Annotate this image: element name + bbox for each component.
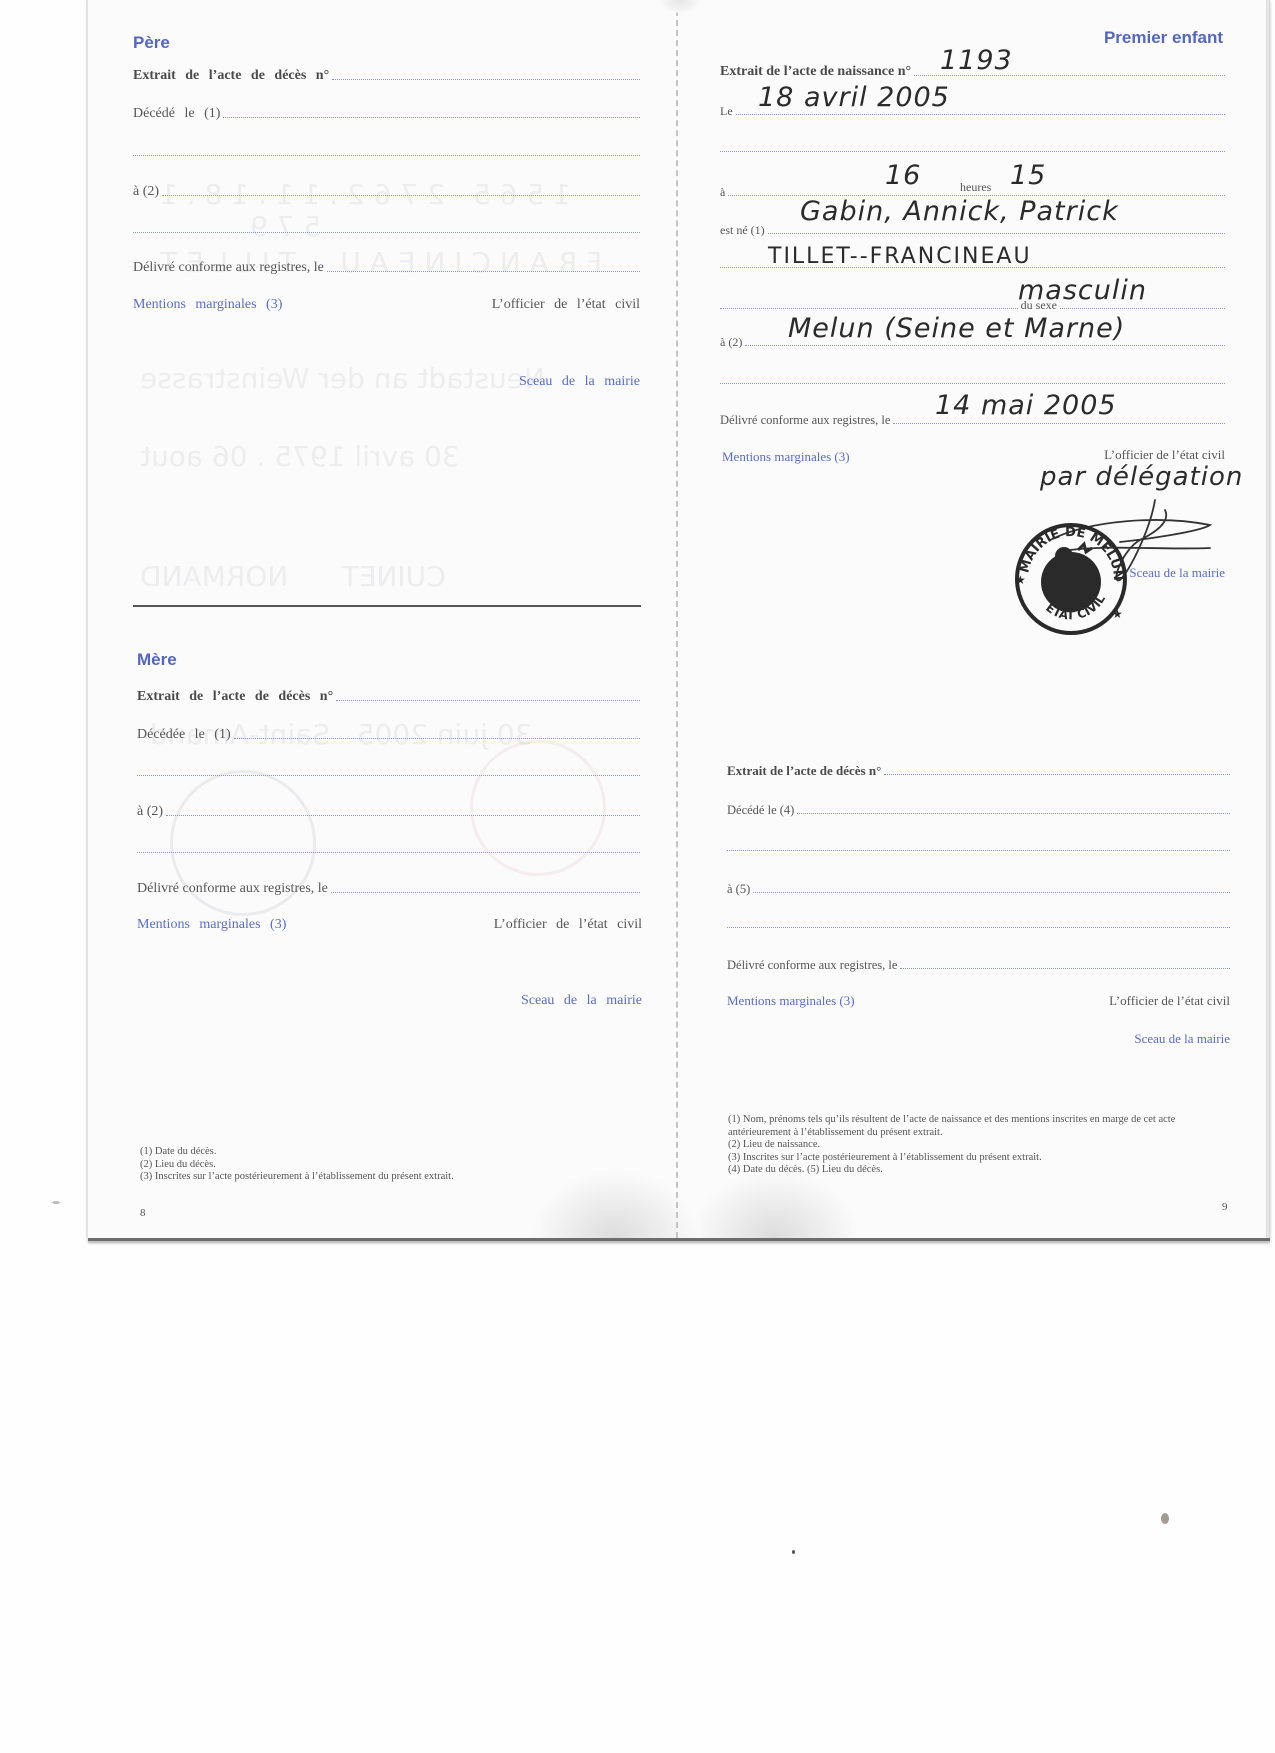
page-number-left: 8: [140, 1207, 146, 1219]
enfant-deces-delivre-line[interactable]: [900, 968, 1230, 969]
naissance-date-line-2[interactable]: [720, 151, 1225, 152]
footnote: (2) Lieu de naissance.: [728, 1139, 1232, 1152]
naissance-sexe-value: masculin: [1018, 275, 1147, 306]
pere-delivre-line[interactable]: [327, 271, 640, 272]
section-title-pere: Père: [133, 33, 170, 53]
enfant-deces-delivre-label: Délivré conforme aux registres, le: [727, 958, 897, 973]
naissance-lieu-label: à (2): [720, 335, 742, 350]
enfant-deces-lieu-line-2[interactable]: [727, 927, 1230, 928]
footnote: (2) Lieu du décès.: [140, 1159, 454, 1172]
enfant-deces-mentions-label: Mentions marginales (3): [727, 993, 855, 1009]
pere-lieu-label: à (2): [133, 184, 159, 200]
mairie-de-melun-stamp: MAIRIE DE MELUN ETAT CIVIL ★ ★: [1012, 520, 1130, 638]
naissance-delivre-label: Délivré conforme aux registres, le: [720, 413, 890, 428]
pere-decede-label: Décédé le (1): [133, 106, 220, 122]
naissance-date-line[interactable]: [736, 114, 1225, 115]
naissance-le-label: Le: [720, 104, 733, 119]
booklet-right-edge: [1266, 0, 1270, 1238]
naissance-sexe-line-lead[interactable]: [720, 308, 1018, 309]
booklet-left-edge: [86, 0, 88, 1238]
enfant-deces-officier-label: L’officier de l’état civil: [1109, 993, 1230, 1009]
naissance-est-ne-label: est né (1): [720, 223, 765, 238]
section-separator: [133, 605, 641, 607]
naissance-lieu-line[interactable]: [745, 345, 1225, 346]
naissance-a-label: à: [720, 185, 725, 200]
mere-extrait-field[interactable]: Extrait de l’acte de décès n°: [137, 685, 640, 705]
mere-extrait-line[interactable]: [336, 700, 640, 701]
pere-lieu-field[interactable]: à (2): [133, 180, 640, 200]
pere-officier-label: L’officier de l’état civil: [492, 297, 640, 313]
scan-speck: [52, 1201, 60, 1204]
naissance-officier-label: L’officier de l’état civil: [1104, 447, 1225, 463]
enfant-deces-sceau-label: Sceau de la mairie: [1134, 1031, 1230, 1047]
mere-officier-label: L’officier de l’état civil: [494, 917, 642, 933]
bleed-through-text: 30 avril 1975 . 06 aout: [140, 440, 460, 473]
scan-speck: [792, 1550, 795, 1554]
pere-sceau-label: Sceau de la mairie: [519, 374, 640, 390]
enfant-deces-date-field[interactable]: Décédé le (4): [727, 798, 1230, 818]
enfant-deces-date-line-2[interactable]: [727, 850, 1230, 851]
mere-decede-field[interactable]: Décédée le (1): [137, 723, 640, 743]
page-curl-shadow-right: [690, 1170, 860, 1238]
pere-decede-field[interactable]: Décédé le (1): [133, 102, 640, 122]
footnote: (3) Inscrites sur l’acte postérieurement…: [140, 1171, 454, 1184]
section-title-premier-enfant: Premier enfant: [1104, 28, 1223, 48]
naissance-lieu-line-2[interactable]: [720, 383, 1225, 384]
naissance-lieu-value: Melun (Seine et Marne): [788, 313, 1125, 344]
pere-delivre-field[interactable]: Délivré conforme aux registres, le: [133, 256, 640, 276]
mere-lieu-line[interactable]: [166, 815, 640, 816]
enfant-deces-extrait-label: Extrait de l’acte de décès n°: [727, 763, 881, 779]
naissance-delivre-line[interactable]: [893, 423, 1225, 424]
pere-extrait-label: Extrait de l’acte de décès n°: [133, 68, 329, 84]
mere-delivre-field[interactable]: Délivré conforme aux registres, le: [137, 877, 640, 897]
mere-lieu-label: à (2): [137, 804, 163, 820]
bleed-through-text: 5 7 9: [250, 210, 321, 243]
pere-decede-line-2[interactable]: [133, 155, 640, 156]
mere-decede-line-2[interactable]: [137, 775, 640, 776]
scan-speck: [1161, 1513, 1169, 1524]
mere-lieu-line-2[interactable]: [137, 852, 640, 853]
pere-lieu-line[interactable]: [162, 195, 640, 196]
enfant-deces-lieu-label: à (5): [727, 882, 750, 897]
pere-mentions-label: Mentions marginales (3): [133, 297, 282, 313]
page-number-right: 9: [1222, 1201, 1228, 1213]
page-curl-shadow-left: [530, 1170, 700, 1238]
naissance-mentions-label: Mentions marginales (3): [722, 449, 850, 465]
enfant-deces-extrait-field[interactable]: Extrait de l’acte de décès n°: [727, 759, 1230, 779]
left-footnotes: (1) Date du décès. (2) Lieu du décès. (3…: [140, 1146, 454, 1184]
section-title-mere: Mère: [137, 650, 177, 670]
mere-delivre-line[interactable]: [331, 892, 640, 893]
bleed-through-text: CUINET NORMAND: [140, 560, 446, 593]
mere-sceau-label: Sceau de la mairie: [521, 993, 642, 1009]
mere-lieu-field[interactable]: à (2): [137, 800, 640, 820]
naissance-sexe-field[interactable]: du sexe: [720, 293, 1225, 313]
footnote: (4) Date du décès. (5) Lieu du décès.: [728, 1164, 1232, 1177]
naissance-delivre-value: 14 mai 2005: [935, 390, 1117, 421]
enfant-deces-date-label: Décédé le (4): [727, 803, 794, 818]
pere-extrait-line[interactable]: [332, 79, 640, 80]
enfant-deces-extrait-line[interactable]: [884, 774, 1230, 775]
enfant-deces-date-line[interactable]: [797, 813, 1230, 814]
pere-extrait-field[interactable]: Extrait de l’acte de décès n°: [133, 64, 640, 84]
mere-decede-line[interactable]: [234, 738, 640, 739]
naissance-heures-value: 16: [885, 160, 921, 191]
footnote: (3) Inscrites sur l’acte postérieurement…: [728, 1152, 1232, 1165]
mere-extrait-label: Extrait de l’acte de décès n°: [137, 689, 333, 705]
enfant-deces-delivre-field[interactable]: Délivré conforme aux registres, le: [727, 953, 1230, 973]
pere-lieu-line-2[interactable]: [133, 232, 640, 233]
mere-delivre-label: Délivré conforme aux registres, le: [137, 881, 328, 897]
stamp-star-icon: ★: [1112, 607, 1123, 621]
mere-decede-label: Décédée le (1): [137, 727, 231, 743]
naissance-minutes-value: 15: [1010, 160, 1046, 191]
footnote: (1) Date du décès.: [140, 1146, 454, 1159]
stamp-star-icon: ★: [1015, 573, 1026, 587]
enfant-deces-lieu-field[interactable]: à (5): [727, 877, 1230, 897]
naissance-prenoms-line[interactable]: [768, 233, 1225, 234]
naissance-sexe-line[interactable]: [1060, 308, 1225, 309]
spine-notch: [660, 0, 700, 14]
naissance-date-value: 18 avril 2005: [758, 82, 950, 113]
enfant-deces-lieu-line[interactable]: [753, 892, 1230, 893]
naissance-prenoms-value: Gabin, Annick, Patrick: [800, 196, 1119, 227]
pere-decede-line[interactable]: [223, 117, 640, 118]
pere-delivre-label: Délivré conforme aux registres, le: [133, 260, 324, 276]
right-footnotes: (1) Nom, prénoms tels qu’ils résultent d…: [728, 1114, 1232, 1177]
naissance-sceau-label: Sceau de la mairie: [1129, 565, 1225, 581]
naissance-extrait-label: Extrait de l’acte de naissance n°: [720, 64, 911, 80]
booklet-spine: [676, 0, 678, 1238]
naissance-extrait-value: 1193: [940, 45, 1013, 76]
footnote: (1) Nom, prénoms tels qu’ils résultent d…: [728, 1114, 1232, 1139]
naissance-nom-value: TILLET--FRANCINEAU: [768, 244, 1032, 269]
naissance-heures-label: heures: [958, 180, 993, 195]
mere-mentions-label: Mentions marginales (3): [137, 917, 286, 933]
bleed-through-text: Neustadt an der Weinstrasse: [140, 362, 545, 395]
